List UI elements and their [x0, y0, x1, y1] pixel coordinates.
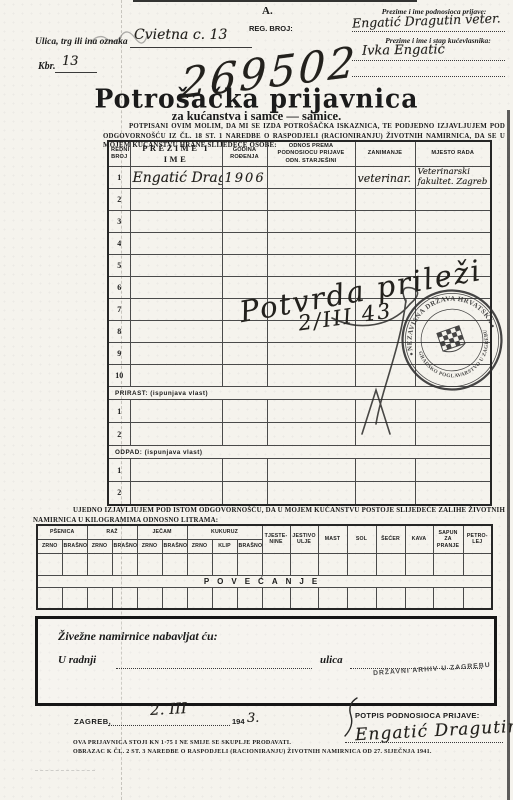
row-number-text: 2 [117, 430, 121, 439]
person-row: 2 [108, 189, 491, 211]
col-header-prezime-ime: PREZIME I IME [130, 141, 222, 167]
supply-value-cell [137, 587, 162, 609]
supply-value-cell [463, 587, 492, 609]
birth-year [222, 459, 267, 482]
archive-stamp-text: DRŽAVNI ARHIV U ZAGREBU [373, 662, 491, 677]
supply-value-cell [112, 553, 137, 575]
supply-column: SOL [347, 525, 376, 553]
shop-writing-line [116, 668, 312, 669]
person-name-text: Engatić Dragutin [133, 170, 223, 186]
person-name [130, 365, 222, 387]
date-writing-line [108, 725, 230, 726]
supplies-declaration-text: UJEDNO IZJAVLJUJEM POD ISTOM ODGOVORNOŠĆ… [33, 506, 505, 526]
supply-value-cell [37, 553, 62, 575]
birth-year [222, 482, 267, 505]
row-number-text: 1 [117, 407, 121, 416]
supply-value-cell [87, 587, 112, 609]
relation [267, 211, 355, 233]
row-number: 2 [108, 482, 130, 505]
row-number: 1 [108, 167, 130, 189]
supply-subcolumn: BRAŠNO [237, 539, 262, 553]
relation [267, 482, 355, 505]
street-label: Ulica, trg ili ina oznaka [35, 37, 128, 47]
person-row: 4 [108, 233, 491, 255]
supply-column: ŠEĆER [376, 525, 405, 553]
birth-year-text: 1906 [225, 171, 266, 186]
street-value-handwritten: Cvietna c. 13 [134, 27, 227, 43]
place-label: ZAGREB, [74, 717, 111, 726]
row-number: 5 [108, 255, 130, 277]
birth-year [222, 233, 267, 255]
date-handwritten: 2. III [150, 699, 188, 719]
scan-edge-top [133, 0, 417, 2]
person-name [130, 482, 222, 505]
supply-value-cell [376, 587, 405, 609]
supply-column: SAPUN ZA PRANJE [433, 525, 463, 553]
row-number-text: 6 [117, 283, 121, 292]
col-header-godina-rodjenja: GODINA ROĐENJA [222, 141, 267, 167]
stamp-coat-of-arms [437, 326, 466, 355]
supply-subcolumn: BRAŠNO [112, 539, 137, 553]
person-row: 3 [108, 211, 491, 233]
occupation [355, 233, 415, 255]
supply-value-cell [237, 553, 262, 575]
scanned-ration-form: A. REG. BROJ: 269502 Ulica, trg ili ina … [0, 0, 513, 800]
workplace: Veterinarski fakultet. Zagreb [415, 167, 491, 189]
person-name [130, 343, 222, 365]
row-number-text: 2 [117, 488, 121, 497]
workplace-text: Veterinarski fakultet. Zagreb [418, 168, 489, 188]
house-number-handwritten: 13 [62, 54, 79, 69]
row-number-text: 5 [117, 261, 121, 270]
row-number-text: 8 [117, 327, 121, 336]
birth-year [222, 365, 267, 387]
occupation: veterinar. [355, 167, 415, 189]
person-name [130, 277, 222, 299]
row-number: 10 [108, 365, 130, 387]
supply-subcolumn: BRAŠNO [62, 539, 87, 553]
year-printed: 194 [232, 717, 245, 726]
street-writing-line [130, 47, 252, 48]
supply-value-cell [433, 553, 463, 575]
supply-value-cell [347, 587, 376, 609]
supply-column: TJESTE- NINE [262, 525, 290, 553]
occupation [355, 459, 415, 482]
purchase-declaration-box: Živežne namirnice nabavljat ću: U radnji… [35, 616, 497, 706]
supply-subcolumn: ZRNO [137, 539, 162, 553]
supplies-group-header-row: PŠENICARAŽJEČAMKUKURUZTJESTE- NINEJESTIV… [37, 525, 492, 539]
person-name [130, 400, 222, 423]
person-name [130, 233, 222, 255]
row-number: 1 [108, 459, 130, 482]
person-name [130, 459, 222, 482]
row-number-text: 7 [117, 305, 121, 314]
supply-value-cell [62, 553, 87, 575]
supply-subcolumn: KLIP [212, 539, 237, 553]
purchase-heading: Živežne namirnice nabavljat ću: [58, 629, 218, 644]
signature-handwritten: Engatić Dragutin [355, 717, 513, 746]
supply-value-cell [162, 587, 187, 609]
supply-subcolumn: ZRNO [87, 539, 112, 553]
supply-value-cell [62, 587, 87, 609]
row-number-text: 1 [117, 173, 121, 182]
supply-value-cell [187, 553, 212, 575]
form-reference-note: OBRAZAC K ČL. 2 ST. 3 NAREDBE O RASPODJE… [73, 749, 432, 755]
row-number-text: 1 [117, 466, 121, 475]
person-name [130, 423, 222, 446]
workplace [415, 459, 491, 482]
col-header-mjesto-rada: MJESTO RADA [415, 141, 491, 167]
supply-value-cell [87, 553, 112, 575]
reg-number-label: REG. BROJ: [249, 24, 293, 33]
applicant-writing-line [352, 31, 505, 32]
supply-column-group: PŠENICA [37, 525, 87, 539]
row-number: 4 [108, 233, 130, 255]
row-number: 3 [108, 211, 130, 233]
houseowner-name-handwritten: Ivka Engatić [362, 42, 445, 58]
supply-value-cell [290, 553, 318, 575]
supplies-table: PŠENICARAŽJEČAMKUKURUZTJESTE- NINEJESTIV… [36, 524, 493, 610]
supply-value-cell [112, 587, 137, 609]
row-number-text: 10 [115, 371, 123, 380]
row-number-text: 9 [117, 349, 121, 358]
person-name [130, 211, 222, 233]
supply-column: JESTIVO ULJE [290, 525, 318, 553]
workplace [415, 482, 491, 505]
supply-value-cell [405, 587, 433, 609]
supply-value-cell [187, 587, 212, 609]
workplace [415, 189, 491, 211]
person-name [130, 321, 222, 343]
birth-year: 1906 [222, 167, 267, 189]
signature-label: POTPIS PODNOSIOCA PRIJAVE: [355, 711, 480, 720]
birth-year [222, 423, 267, 446]
row-number: 6 [108, 277, 130, 299]
row-number: 2 [108, 423, 130, 446]
relation [267, 189, 355, 211]
row-number: 2 [108, 189, 130, 211]
supply-column: KAVA [405, 525, 433, 553]
increase-row: POVEĆANJE [37, 575, 492, 587]
birth-year [222, 211, 267, 233]
occupation [355, 189, 415, 211]
supply-value-cell [290, 587, 318, 609]
supply-value-cell [237, 587, 262, 609]
house-number-line [55, 72, 97, 73]
supply-column: MAST [318, 525, 347, 553]
year-handwritten: 3. [247, 711, 259, 726]
row-number-text: 2 [117, 195, 121, 204]
supply-column-group: JEČAM [137, 525, 187, 539]
supply-value-row [37, 587, 492, 609]
supply-value-cell [137, 553, 162, 575]
houseowner-writing-line [352, 60, 505, 61]
person-name [130, 255, 222, 277]
shop-label: U radnji [58, 654, 96, 666]
supply-column: PETRO- LEJ [463, 525, 492, 553]
supply-value-cell [433, 587, 463, 609]
col-header-zanimanje: ZANIMANJE [355, 141, 415, 167]
birth-year [222, 189, 267, 211]
workplace [415, 233, 491, 255]
row-number: 9 [108, 343, 130, 365]
col-header-redni-broj: REDNI BROJ [108, 141, 130, 167]
person-row: 1 [108, 459, 491, 482]
supply-value-cell [262, 553, 290, 575]
supply-value-row [37, 553, 492, 575]
row-number: 1 [108, 400, 130, 423]
row-number: 7 [108, 299, 130, 321]
pencil-mark [35, 770, 95, 771]
extra-writing-line [352, 76, 505, 77]
workplace [415, 211, 491, 233]
supply-value-cell [463, 553, 492, 575]
supply-value-cell [212, 553, 237, 575]
supply-value-cell [318, 587, 347, 609]
supply-value-cell [212, 587, 237, 609]
supply-value-cell [347, 553, 376, 575]
signature-writing-line [345, 742, 503, 743]
birth-year [222, 343, 267, 365]
persons-table-header-row: REDNI BROJ PREZIME I IME GODINA ROĐENJA … [108, 141, 491, 167]
birth-year [222, 255, 267, 277]
increase-label: POVEĆANJE [37, 575, 492, 587]
supply-column-group: RAŽ [87, 525, 137, 539]
relation [267, 459, 355, 482]
relation [267, 167, 355, 189]
supply-subcolumn: BRAŠNO [162, 539, 187, 553]
scan-edge-right [507, 110, 510, 800]
house-number-label: Kbr. [38, 61, 56, 72]
price-note: OVA PRIJAVNICA STOJI KN 1·75 I NE SMIJE … [73, 740, 291, 746]
supply-column-group: KUKURUZ [187, 525, 262, 539]
occupation [355, 482, 415, 505]
supply-subcolumn: ZRNO [37, 539, 62, 553]
person-row: 2 [108, 482, 491, 505]
supply-value-cell [162, 553, 187, 575]
supply-value-cell [262, 587, 290, 609]
shop-street-label: ulica [320, 654, 343, 666]
occupation-text: veterinar. [358, 172, 412, 185]
row-number-text: 4 [117, 239, 121, 248]
person-name [130, 189, 222, 211]
birth-year [222, 400, 267, 423]
col-header-odnos: ODNOS PREMA PODNOSIOCU PRIJAVE ODN. STAR… [267, 141, 355, 167]
section-letter: A. [262, 5, 273, 17]
occupation [355, 211, 415, 233]
supply-value-cell [37, 587, 62, 609]
person-name: Engatić Dragutin [130, 167, 222, 189]
supply-value-cell [376, 553, 405, 575]
supply-subcolumn: ZRNO [187, 539, 212, 553]
odpad-section-row: ODPAD: (ispunjava vlast) [108, 446, 491, 459]
row-number-text: 3 [117, 217, 121, 226]
odpad-label: ODPAD: (ispunjava vlast) [108, 446, 491, 459]
supply-value-cell [405, 553, 433, 575]
relation [267, 233, 355, 255]
row-number: 8 [108, 321, 130, 343]
person-name [130, 299, 222, 321]
person-row: 1Engatić Dragutin1906veterinar.Veterinar… [108, 167, 491, 189]
supply-value-cell [318, 553, 347, 575]
